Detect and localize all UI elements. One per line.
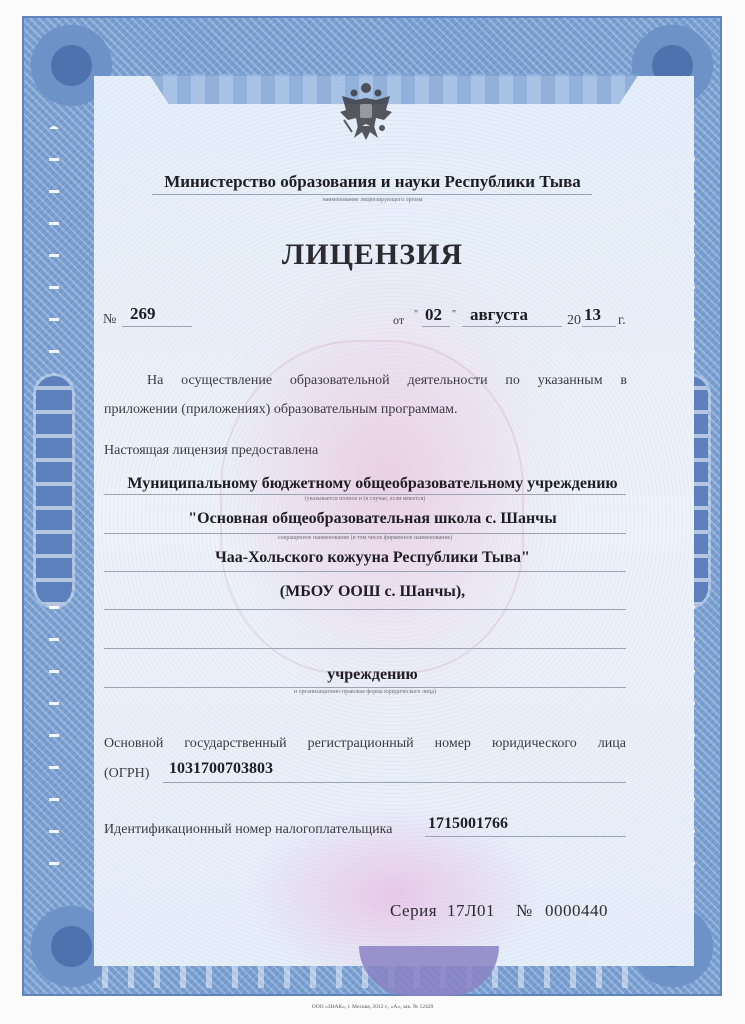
- document-title: ЛИЦЕНЗИЯ: [100, 238, 645, 272]
- quote-close: ": [452, 309, 456, 320]
- licensee-caption-3: и организационно-правовая форма юридичес…: [104, 689, 626, 695]
- licensee-underline-6: [104, 687, 626, 688]
- licensee-line-5: учреждению: [100, 666, 645, 684]
- date-prefix: от: [393, 313, 404, 328]
- ogrn-underline: [163, 782, 626, 783]
- granted-label: Настоящая лицензия предоставлена: [104, 443, 318, 459]
- month-underline: [462, 326, 562, 327]
- licensee-caption-1: (указывается полное и (в случае, если им…: [104, 496, 626, 502]
- year-underline: [582, 326, 616, 327]
- licensee-line-3: Чаа-Хольского кожууна Республики Тыва": [100, 549, 645, 567]
- hologram-seal: [359, 946, 499, 996]
- number-underline: [122, 326, 192, 327]
- licensee-underline-2: [104, 533, 626, 534]
- licensee-underline-5: [104, 648, 626, 649]
- licensee-underline-4: [104, 609, 626, 610]
- watermark-eagle: [220, 340, 524, 674]
- licensee-underline-1: [104, 494, 626, 495]
- knot-ornament-icon: [36, 376, 72, 606]
- russian-coat-of-arms-icon: [334, 80, 398, 144]
- date-month: августа: [470, 305, 528, 325]
- license-number: 269: [130, 304, 156, 324]
- inn-label: Идентификационный номер налогоплательщик…: [104, 822, 392, 838]
- license-document: Министерство образования и науки Республ…: [0, 0, 745, 1024]
- date-year-prefix: 20: [567, 313, 581, 329]
- issuer-underline: [152, 194, 592, 195]
- date-day: 02: [425, 305, 442, 325]
- licensee-caption-2: сокращенное наименование (в том числе фи…: [104, 535, 626, 541]
- inn-value: 1715001766: [428, 815, 508, 833]
- licensee-line-4: (МБОУ ООШ с. Шанчы),: [100, 583, 645, 601]
- licensee-underline-3: [104, 571, 626, 572]
- licensee-line-2: "Основная общеобразовательная школа с. Ш…: [100, 510, 645, 528]
- serial-number-label: №: [516, 901, 533, 921]
- date-year-suffix: 13: [584, 305, 601, 325]
- ogrn-value: 1031700703803: [169, 760, 273, 778]
- ogrn-label: Основной государственный регистрационный…: [104, 736, 626, 752]
- issuer-caption: наименование лицензирующего органа: [260, 197, 485, 203]
- number-label: №: [103, 312, 116, 328]
- series-label: Серия: [390, 901, 437, 921]
- printer-note: ООО «ЗНАК», г. Москва, 2012 г., «А», зак…: [240, 1004, 505, 1010]
- inn-underline: [425, 836, 626, 837]
- purpose-line-2: приложении (приложениях) образовательным…: [104, 402, 458, 418]
- series-value: 17Л01: [447, 901, 495, 921]
- purpose-line-1: На осуществление образовательной деятель…: [147, 373, 627, 389]
- issuer-name: Министерство образования и науки Республ…: [100, 172, 645, 192]
- licensee-line-1: Муниципальному бюджетному общеобразовате…: [100, 475, 645, 493]
- date-year-unit: г.: [618, 313, 626, 329]
- ogrn-prefix: (ОГРН): [104, 766, 149, 782]
- serial-number-value: 0000440: [545, 901, 608, 921]
- quote-open: ": [414, 309, 418, 320]
- day-underline: [422, 326, 450, 327]
